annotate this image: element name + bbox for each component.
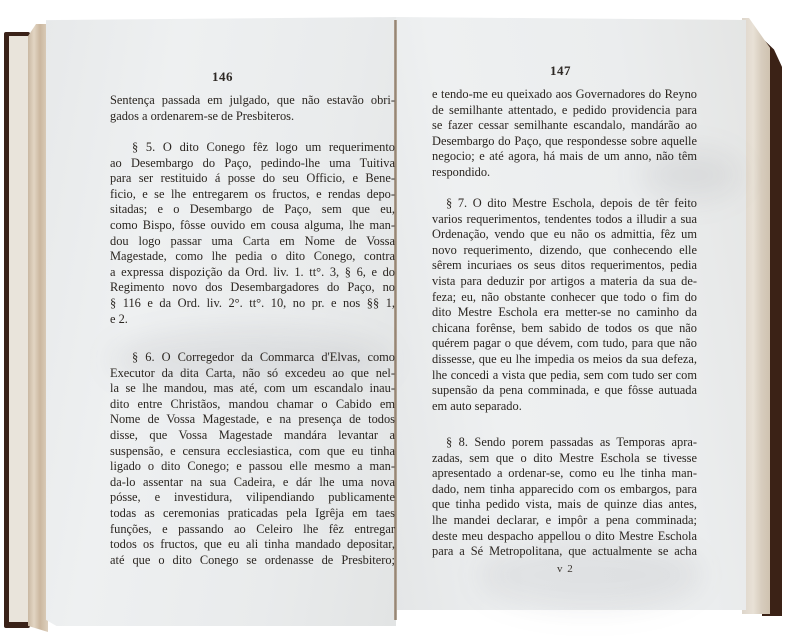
text-line: Magestade, como lhe pedia o dito Conego,… bbox=[110, 249, 395, 265]
open-book: 146 Sentença passada em julgado, que não… bbox=[0, 0, 800, 643]
text-line: sitadas; e o Desembargo de Paço, sem que… bbox=[110, 202, 395, 218]
text-line: que tinha pedido vista, mais de quinze d… bbox=[432, 497, 697, 513]
text-line: e tendo-me eu queixado aos Governadores … bbox=[432, 87, 697, 103]
text-line: a expressa dispozição da Ord. liv. 1. tt… bbox=[110, 265, 395, 281]
right-paragraph-continuation: e tendo-me eu queixado aos Governadores … bbox=[432, 87, 697, 181]
text-line: respondido. bbox=[432, 165, 697, 181]
text-line: da-lo assentar na sua Cadeira, e dár lhe… bbox=[110, 475, 395, 491]
right-page-edges bbox=[742, 18, 770, 614]
text-line: todos os fructos, que eu ali tinha manda… bbox=[110, 537, 395, 553]
text-line: pósse, e investidura, vilipendiando publ… bbox=[110, 490, 395, 506]
text-line: se fazer cessar semilhante escandalo, ma… bbox=[432, 118, 697, 134]
text-line: em auto separado. bbox=[432, 399, 697, 415]
text-line: § 116 e da Ord. liv. 2°. tt°. 10, no pr.… bbox=[110, 296, 395, 312]
text-line: lhe concedi a vista que pedia, sem com t… bbox=[432, 368, 697, 384]
text-line: até que o dito Conego se ordenasse de Pr… bbox=[110, 553, 395, 569]
text-line: dito Mestre Eschola era metter-se no cam… bbox=[432, 305, 697, 321]
text-line: Executor da dita Carta, não só excedeu a… bbox=[110, 366, 395, 382]
page-number-right: 147 bbox=[550, 63, 571, 79]
text-line: negocio; e até agora, há mais de um anno… bbox=[432, 149, 697, 165]
text-line: Nome de Vossa Magestade, e na presença d… bbox=[110, 412, 395, 428]
text-line: para ser restituido á posse do seu Offic… bbox=[110, 171, 395, 187]
right-paragraph-section-8: § 8. Sendo porem passadas as Temporas ap… bbox=[432, 435, 697, 560]
text-line: § 5. O dito Conego fêz logo um requerime… bbox=[110, 140, 395, 156]
text-line: sêrem incuriaes os seus ditos requerimen… bbox=[432, 258, 697, 274]
text-line: vista para deduzir por artigos a materia… bbox=[432, 274, 697, 290]
text-line: chicana forênse, bem sabido de todos os … bbox=[432, 321, 697, 337]
left-page-edges bbox=[28, 24, 48, 632]
text-line: § 8. Sendo porem passadas as Temporas ap… bbox=[432, 435, 697, 451]
text-line: de semilhante attentado, e pedido provid… bbox=[432, 103, 697, 119]
text-line: la se lhe mandou, mas até, com um escand… bbox=[110, 381, 395, 397]
text-line: suspensão, e censura ecclesiastica, com … bbox=[110, 444, 395, 460]
signature-mark: v 2 bbox=[557, 563, 574, 575]
text-line: dissesse, que eu lhe impedia os meios da… bbox=[432, 352, 697, 368]
text-line: zadas, sem que o dito Mestre Eschola se … bbox=[432, 451, 697, 467]
text-line: Desembargo do Paço, que respondesse sobr… bbox=[432, 134, 697, 150]
left-paragraph-section-5: § 5. O dito Conego fêz logo um requerime… bbox=[110, 140, 395, 327]
text-line: dito entre Christãos, mandou chamar o Ca… bbox=[110, 397, 395, 413]
text-line: varios requerimentos, tendentes todos a … bbox=[432, 212, 697, 228]
text-line: deste meu despacho appellou o dito Mestr… bbox=[432, 529, 697, 545]
text-line: como Bispo, fôsse ouvido em cousa alguma… bbox=[110, 218, 395, 234]
text-line: Ordenação, vendo que eu não os admittia,… bbox=[432, 227, 697, 243]
page-number-left: 146 bbox=[212, 69, 233, 85]
text-line: apresentado a ordenar-se, como eu lhe ti… bbox=[432, 466, 697, 482]
text-line: dado, nem tinha apparecido com os embarg… bbox=[432, 482, 697, 498]
text-line: disse, que Vossa Magestade mandára levan… bbox=[110, 428, 395, 444]
text-line: quérem pagar o que dévem, com tudo, para… bbox=[432, 336, 697, 352]
text-line: todas as ceremonias praticadas pela Igrê… bbox=[110, 506, 395, 522]
right-paragraph-section-7: § 7. O dito Mestre Eschola, depois de tê… bbox=[432, 196, 697, 414]
text-line: ficio, e se lhe entregarem os fructos, e… bbox=[110, 187, 395, 203]
text-line: para a Sé Metropolitana, que actualmente… bbox=[432, 544, 697, 560]
text-line: feza; eu, não obstante conhecer que todo… bbox=[432, 290, 697, 306]
left-paragraph-continuation: Sentença passada em julgado, que não est… bbox=[110, 93, 395, 124]
text-line: e 2. bbox=[110, 312, 395, 328]
text-line: gados a ordenarem-se de Presbiteros. bbox=[110, 109, 395, 125]
text-line: ao Desembargo do Paço, pedindo-lhe uma T… bbox=[110, 156, 395, 172]
text-line: Regimento novo dos Desembargadores do Pa… bbox=[110, 280, 395, 296]
text-line: lhe mandei declarar, e impôr a pena comm… bbox=[432, 513, 697, 529]
left-endpaper bbox=[9, 36, 29, 622]
text-line: supensão da pena comminada, e que fôsse … bbox=[432, 383, 697, 399]
text-line: § 6. O Corregedor da Commarca d'Elvas, c… bbox=[110, 350, 395, 366]
text-line: funções, e passando ao Celeiro lhe fêz e… bbox=[110, 522, 395, 538]
left-paragraph-section-6: § 6. O Corregedor da Commarca d'Elvas, c… bbox=[110, 350, 395, 568]
text-line: dou logo passar uma Carta em Nome de Vos… bbox=[110, 234, 395, 250]
text-line: Sentença passada em julgado, que não est… bbox=[110, 93, 395, 109]
text-line: § 7. O dito Mestre Eschola, depois de tê… bbox=[432, 196, 697, 212]
text-line: novo requerimento, dizendo, que conhecen… bbox=[432, 243, 697, 259]
text-line: ligado o dito Conego; e passou elle mesm… bbox=[110, 459, 395, 475]
